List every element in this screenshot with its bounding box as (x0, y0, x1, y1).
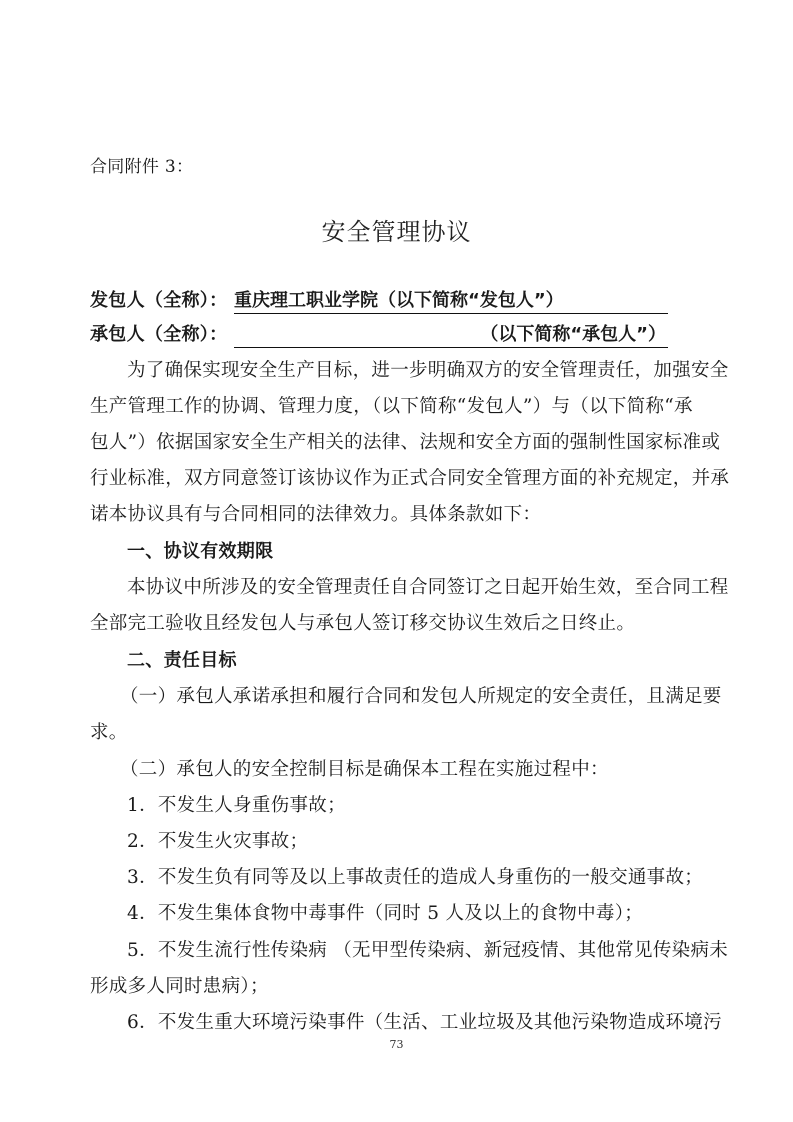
document-page: 合同附件 3： 安全管理协议 发包人（全称）： 重庆理工职业学院（以下简称“发包… (0, 0, 793, 1122)
goal-item: 1．不发生人身重伤事故； (127, 794, 346, 818)
intro-line: 包人”）依据国家安全生产相关的法律、法规和安全方面的强制性国家标准或 (90, 431, 720, 455)
intro-line: 为了确保实现安全生产目标，进一步明确双方的安全管理责任，加强安全 (127, 359, 729, 383)
section2-item2-intro: （二）承包人的安全控制目标是确保本工程在实施过程中： (120, 758, 609, 782)
page-number: 73 (0, 1038, 793, 1051)
goal-item: 5．不发生流行性传染病 （无甲型传染病、新冠疫情、其他常见传染病未 (127, 939, 728, 963)
goal-item: 2．不发生火灾事故； (127, 830, 308, 854)
intro-line: 生产管理工作的协调、管理力度，（以下简称“发包人”）与（以下简称“承 (90, 395, 693, 419)
employer-label: 发包人（全称）： (90, 289, 227, 313)
goal-item: 6．不发生重大环境污染事件（生活、工业垃圾及其他污染物造成环境污 (127, 1011, 722, 1035)
employer-name: 重庆理工职业学院（以下简称“发包人”） (234, 290, 564, 311)
section-heading: 二、责任目标 (127, 649, 237, 673)
contractor-name-field: （以下简称“承包人”） (234, 323, 668, 348)
document-title: 安全管理协议 (0, 217, 793, 247)
contractor-label: 承包人（全称）： (90, 323, 227, 347)
section2-item1-line: 求。 (90, 721, 128, 745)
goal-item: 3．不发生负有同等及以上事故责任的造成人身重伤的一般交通事故； (127, 866, 703, 890)
section1-line: 本协议中所涉及的安全管理责任自合同签订之日起开始生效，至合同工程 (127, 576, 729, 600)
section1-line: 全部完工验收且经发包人与承包人签订移交协议生效后之日终止。 (90, 612, 635, 636)
contractor-suffix: （以下简称“承包人”） (480, 323, 666, 347)
goal-item-continuation: 形成多人同时患病）； (90, 975, 269, 999)
section2-item1-line: （一）承包人承诺承担和履行合同和发包人所规定的安全责任，且满足要 (120, 685, 722, 709)
employer-name-field: 重庆理工职业学院（以下简称“发包人”） (234, 289, 668, 314)
intro-line: 行业标准，双方同意签订该协议作为正式合同安全管理方面的补充规定，并承 (90, 467, 729, 491)
section-heading: 一、协议有效期限 (127, 540, 273, 564)
attachment-label: 合同附件 3： (90, 155, 193, 179)
goal-item: 4．不发生集体食物中毒事件（同时 5 人及以上的食物中毒）； (127, 902, 643, 926)
intro-line: 诺本协议具有与合同相同的法律效力。具体条款如下： (90, 503, 541, 527)
